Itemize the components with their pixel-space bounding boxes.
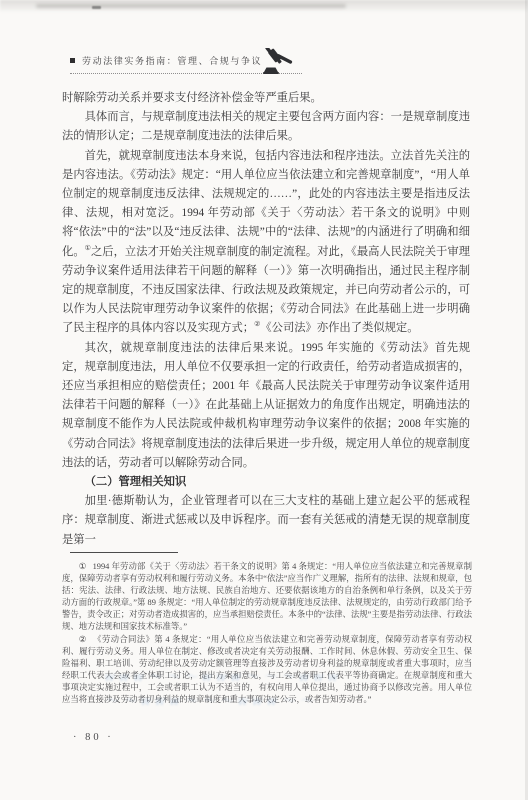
footnote-text: 1994 年劳动部《关于〈劳动法〉若干条文的说明》第 4 条规定：“用人单位应当… xyxy=(62,562,472,631)
scan-streak xyxy=(36,4,346,8)
footnote: ② 《劳动合同法》第 4 条规定：“用人单位应当依法建立和完善劳动规章制度，保障… xyxy=(62,634,472,707)
book-page: 劳动法律实务指南：管理、合规与争议 时解除劳动关系并要求支付经济补偿金等严重后果… xyxy=(0,0,528,800)
footnote: ① 1994 年劳动部《关于〈劳动法〉若干条文的说明》第 4 条规定：“用人单位… xyxy=(62,561,472,634)
footnote-text: 《劳动合同法》第 4 条规定：“用人单位应当依法建立和完善劳动规章制度，保障劳动… xyxy=(62,635,472,704)
paragraph: 时解除劳动关系并要求支付经济补偿金等严重后果。 xyxy=(62,89,470,108)
page-number: · 80 · xyxy=(73,732,114,743)
text-run: 时解除劳动关系并要求支付经济补偿金等严重后果。 xyxy=(62,92,322,104)
text-run: 《公司法》亦作出了类似规定。 xyxy=(260,322,418,334)
body-text: 时解除劳动关系并要求支付经济补偿金等严重后果。具体而言，与规章制度违法相关的规定… xyxy=(62,89,470,550)
text-run: 具体而言，与规章制度违法相关的规定主要包含两方面内容：一是规章制度违法的情形认定… xyxy=(62,111,470,142)
footnote-marker: ② xyxy=(79,635,93,644)
scan-speck xyxy=(92,6,101,9)
text-run: 其次，就规章制度违法的法律后果来说。1995 年实施的《劳动法》首先规定，规章制… xyxy=(62,342,470,469)
text-run: 加里·德斯勒认为，企业管理者可以在三大支柱的基础上建立起公平的惩戒程序：规章制度… xyxy=(62,495,470,545)
footnote-marker: ① xyxy=(79,562,93,571)
square-bullet-icon xyxy=(70,58,75,63)
paragraph: 具体而言，与规章制度违法相关的规定主要包含两方面内容：一是规章制度违法的情形认定… xyxy=(62,108,470,146)
paragraph: 首先，就规章制度违法本身来说，包括内容违法和程序违法。立法首先关注的是内容违法。… xyxy=(62,147,470,339)
section-heading: （二）管理相关知识 xyxy=(62,473,470,492)
footnote-separator xyxy=(70,552,178,553)
paragraph: 加里·德斯勒认为，企业管理者可以在三大支柱的基础上建立起公平的惩戒程序：规章制度… xyxy=(62,492,470,550)
text-run: 首先，就规章制度违法本身来说，包括内容违法和程序违法。立法首先关注的是内容违法。… xyxy=(62,150,470,258)
text-run: （二）管理相关知识 xyxy=(85,476,187,488)
paragraph: 其次，就规章制度违法的法律后果来说。1995 年实施的《劳动法》首先规定，规章制… xyxy=(62,339,470,473)
footnotes: ① 1994 年劳动部《关于〈劳动法〉若干条文的说明》第 4 条规定：“用人单位… xyxy=(62,561,472,706)
running-header-title: 劳动法律实务指南：管理、合规与争议 xyxy=(82,54,262,67)
gavel-icon xyxy=(262,48,296,81)
